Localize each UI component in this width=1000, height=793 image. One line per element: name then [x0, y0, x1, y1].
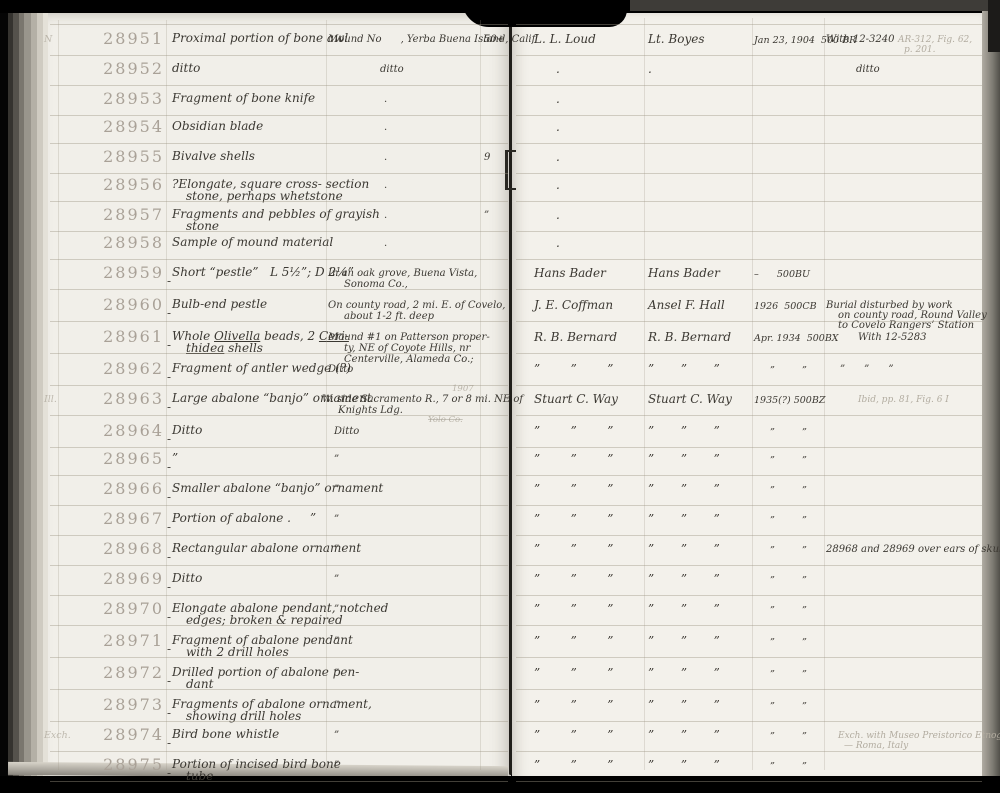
donor: Ansel F. Hall: [648, 299, 725, 311]
ruled-line: [50, 173, 508, 174]
collector: ” ” ”: [534, 425, 613, 437]
remarks: ” ” ”: [840, 365, 893, 375]
ruled-line: [516, 173, 982, 174]
description: Bird bone whistle: [172, 728, 279, 740]
date-accession-number: ” ”: [770, 761, 807, 773]
ruled-line: [50, 85, 508, 86]
number-dash: -: [167, 767, 171, 779]
locality-line: W. side Sacramento R., 7 or 8 mi. NE of: [322, 394, 523, 405]
donor: ” ” ”: [648, 513, 720, 525]
ruled-line: [50, 535, 508, 536]
ruled-line: [50, 781, 508, 782]
number-dash: -: [167, 401, 171, 413]
locality: ”: [334, 544, 339, 555]
locality: Ditto: [334, 426, 359, 437]
ruled-line: [516, 321, 982, 322]
remarks-pencil-note-line: AR-312, Fig. 62,: [898, 35, 972, 45]
locality: .: [384, 94, 387, 105]
catalog-number: 28970: [76, 599, 164, 618]
date-accession-number: ” ”: [770, 637, 807, 649]
ruled-line: [50, 55, 508, 56]
number-dash: -: [167, 643, 171, 655]
catalog-number: 28955: [76, 147, 164, 166]
donor: ” ” ”: [648, 667, 720, 679]
locality: In an oak grove, Buena Vista,Sonoma Co.,: [328, 268, 477, 290]
number-dash: -: [167, 581, 171, 593]
margin-note: N: [44, 34, 52, 46]
number-dash: -: [167, 491, 171, 503]
catalog-number: 28956: [76, 175, 164, 194]
ruled-line: [50, 415, 508, 416]
ruled-line: [50, 447, 508, 448]
locality-line: Mound #1 on Patterson proper-: [328, 332, 490, 343]
description: ”: [172, 452, 178, 464]
date-accession-number: ” ”: [770, 365, 807, 377]
ruled-line: [516, 55, 982, 56]
catalog-number: 28953: [76, 89, 164, 108]
ruled-line: [50, 289, 508, 290]
date-accession-number: 1926 500CB: [754, 301, 817, 313]
ruled-line: [516, 143, 982, 144]
description: Portion of incised bird bonetube: [172, 758, 341, 782]
ruled-line: [516, 289, 982, 290]
description: Drilled portion of abalone pen-dant: [172, 666, 359, 690]
donor: ” ” ”: [648, 729, 720, 741]
ruled-line: [516, 24, 982, 25]
ruled-line: [50, 751, 508, 752]
description: Fragments of abalone ornament,showing dr…: [172, 698, 372, 722]
description: Sample of mound material: [172, 236, 333, 248]
description: Ditto: [172, 424, 202, 436]
remarks-line: to Covelo Rangers’ Station: [826, 321, 987, 331]
ruled-line: [516, 625, 982, 626]
catalog-number: 28966: [76, 479, 164, 498]
date-accession-number: ” ”: [770, 515, 807, 527]
description: Portion of abalone . ”: [172, 512, 316, 524]
date-accession-number: Apr. 1934 500BX: [754, 333, 839, 345]
ruled-line: [516, 781, 982, 782]
collector: .: [556, 63, 560, 75]
catalog-number: 28963: [76, 389, 164, 408]
remarks-pencil-note-line: p. 201.: [898, 45, 972, 55]
scanned-ledger-photo: { "document": { "kind": "Handwritten mus…: [0, 0, 1000, 793]
column-line: [166, 20, 167, 770]
donor: ” ” ”: [648, 453, 720, 465]
donor: ” ” ”: [648, 363, 720, 375]
remarks: 28968 and 28969 over ears of skull: [826, 545, 1000, 555]
donor: ” ” ”: [648, 543, 720, 555]
collector: .: [556, 209, 560, 221]
locality: .: [384, 122, 387, 133]
ruled-line: [50, 721, 508, 722]
description: Obsidian blade: [172, 120, 263, 132]
collector: ” ” ”: [534, 483, 613, 495]
donor: ” ” ”: [648, 759, 720, 771]
ruled-line: [50, 231, 508, 232]
collector: ” ” ”: [534, 603, 613, 615]
count: ”: [484, 210, 489, 221]
locality: Ditto: [328, 364, 353, 375]
collector: L. L. Loud: [534, 33, 596, 45]
ruled-line: [50, 115, 508, 116]
description: ?Elongate, square cross- sectionstone, p…: [172, 178, 369, 202]
ruled-line: [516, 505, 982, 506]
collector: .: [556, 121, 560, 133]
date-accession-number: ” ”: [770, 455, 807, 467]
catalog-number: 28971: [76, 631, 164, 650]
collector: Stuart C. Way: [534, 393, 618, 405]
ruled-line: [516, 689, 982, 690]
collector: ” ” ”: [534, 759, 613, 771]
description: Fragments and pebbles of grayishstone: [172, 208, 380, 232]
ruled-line: [516, 535, 982, 536]
locality-line: In an oak grove, Buena Vista,: [328, 268, 477, 279]
description: Smaller abalone “banjo” ornament: [172, 482, 383, 494]
ruled-line: [50, 657, 508, 658]
donor: ” ” ”: [648, 699, 720, 711]
description: Bulb-end pestle: [172, 298, 267, 310]
ruled-line: [516, 751, 982, 752]
catalog-number: 28972: [76, 663, 164, 682]
catalog-number: 28974: [76, 725, 164, 744]
locality: .: [384, 152, 387, 163]
date-accession-number: ” ”: [770, 485, 807, 497]
locality: ”: [334, 604, 339, 615]
description: Bivalve shells: [172, 150, 255, 162]
locality: W. side Sacramento R., 7 or 8 mi. NE ofK…: [322, 394, 523, 416]
ruled-line: [516, 415, 982, 416]
description: Whole Olivella beads, 2 Ceri-thidea shel…: [172, 330, 349, 354]
locality: ”: [334, 636, 339, 647]
date-accession-number: ” ”: [770, 731, 807, 743]
number-dash: -: [167, 307, 171, 319]
catalog-number: 28964: [76, 421, 164, 440]
collector: .: [556, 93, 560, 105]
ruled-line: [50, 143, 508, 144]
locality: .: [384, 238, 387, 249]
collector: Hans Bader: [534, 267, 606, 279]
ruled-line: [516, 447, 982, 448]
number-dash: -: [167, 461, 171, 473]
count: 9: [484, 152, 490, 163]
date-accession-number: ” ”: [770, 605, 807, 617]
ruled-line: [516, 565, 982, 566]
number-dash: -: [167, 737, 171, 749]
ruled-line: [50, 353, 508, 354]
locality: Mound #1 on Patterson proper-ty, NE of C…: [328, 332, 490, 365]
ruled-line: [50, 689, 508, 690]
description: Rectangular abalone ornament: [172, 542, 361, 554]
locality: ”: [334, 514, 339, 525]
ruled-line: [50, 201, 508, 202]
collector: ” ” ”: [534, 635, 613, 647]
column-line: [326, 20, 327, 770]
ruled-line: [50, 259, 508, 260]
remarks: Burial disturbed by workon county road, …: [826, 301, 987, 331]
ruled-line: [50, 321, 508, 322]
column-line: [752, 18, 753, 770]
catalog-number: 28973: [76, 695, 164, 714]
catalog-number: 28954: [76, 117, 164, 136]
locality: ”: [334, 760, 339, 771]
locality: ditto: [380, 64, 404, 75]
number-dash: -: [167, 521, 171, 533]
description: Fragment of antler wedge (?): [172, 362, 351, 374]
ruled-line: [516, 259, 982, 260]
collector: ” ” ”: [534, 699, 613, 711]
description-segment: beads, 2: [260, 329, 319, 343]
ruled-line: [50, 505, 508, 506]
number-dash: -: [167, 371, 171, 383]
catalog-number: 28958: [76, 233, 164, 252]
locality: ”: [334, 700, 339, 711]
column-line: [644, 18, 645, 770]
catalog-number: 28969: [76, 569, 164, 588]
collector: .: [556, 151, 560, 163]
donor: R. B. Bernard: [648, 331, 731, 343]
column-line: [824, 18, 825, 770]
donor: ” ” ”: [648, 573, 720, 585]
ruled-line: [516, 115, 982, 116]
collector: ” ” ”: [534, 543, 613, 555]
catalog-number: 28968: [76, 539, 164, 558]
ruled-line: [516, 475, 982, 476]
locality: ”: [334, 574, 339, 585]
remarks-pencil-note: Exch. with Museo Preistorico Etnografico…: [838, 731, 1000, 751]
remarks-pencil-note-line: — Roma, Italy: [838, 741, 1000, 751]
column-line: [480, 20, 481, 770]
number-dash: -: [167, 675, 171, 687]
ledger-entries-layer: N28951Proximal portion of bone awlMound …: [0, 0, 1000, 793]
number-dash: -: [167, 433, 171, 445]
remarks: ditto: [856, 65, 880, 75]
donor: Lt. Boyes: [648, 33, 705, 45]
ruled-line: [50, 565, 508, 566]
date-accession-number: ” ”: [770, 427, 807, 439]
donor: Hans Bader: [648, 267, 720, 279]
description: ditto: [172, 62, 200, 74]
ruled-line: [516, 721, 982, 722]
ruled-line: [516, 231, 982, 232]
donor: Stuart C. Way: [648, 393, 732, 405]
locality: ”: [334, 730, 339, 741]
ruled-line: [516, 595, 982, 596]
remarks-pencil-note: Ibid, pp. 81, Fig. 6 I: [858, 395, 949, 405]
description: Proximal portion of bone awl: [172, 32, 348, 44]
description: Fragment of bone knife: [172, 92, 315, 104]
catalog-number: 28965: [76, 449, 164, 468]
donor: ” ” ”: [648, 483, 720, 495]
date-accession-number: ” ”: [770, 575, 807, 587]
margin-note: Ill.: [44, 394, 57, 406]
catalog-number: 28962: [76, 359, 164, 378]
donor: ” ” ”: [648, 603, 720, 615]
remarks-pencil-note-line: Exch. with Museo Preistorico Etnografico: [838, 731, 1000, 741]
donor: .: [648, 63, 652, 75]
collector: ” ” ”: [534, 513, 613, 525]
description: Ditto: [172, 572, 202, 584]
number-dash: -: [167, 275, 171, 287]
catalog-number: 28960: [76, 295, 164, 314]
donor: ” ” ”: [648, 635, 720, 647]
collector: ” ” ”: [534, 453, 613, 465]
locality: On county road, 2 mi. E. of Covelo,about…: [328, 300, 505, 322]
collector: .: [556, 237, 560, 249]
catalog-number: 28975: [76, 755, 164, 774]
date-accession-number: ” ”: [770, 545, 807, 557]
ruled-line: [516, 385, 982, 386]
ruled-line: [50, 24, 508, 25]
remarks: With 12-5283: [858, 333, 927, 343]
ruled-line: [516, 85, 982, 86]
catalog-number: 28961: [76, 327, 164, 346]
ruled-line: [50, 475, 508, 476]
collector: R. B. Bernard: [534, 331, 617, 343]
ruled-line: [516, 353, 982, 354]
remarks: With 12-3240: [826, 35, 895, 45]
locality: ”: [334, 484, 339, 495]
catalog-number: 28951: [76, 29, 164, 48]
locality: ”: [334, 668, 339, 679]
ruled-line: [516, 201, 982, 202]
number-dash: -: [167, 611, 171, 623]
collector: ” ” ”: [534, 729, 613, 741]
description: Elongate abalone pendant, notchededges; …: [172, 602, 388, 626]
catalog-number: 28957: [76, 205, 164, 224]
catalog-number: 28967: [76, 509, 164, 528]
collector: ” ” ”: [534, 363, 613, 375]
donor: ” ” ”: [648, 425, 720, 437]
ruled-line: [516, 657, 982, 658]
number-dash: -: [167, 707, 171, 719]
date-accession-number: ” ”: [770, 701, 807, 713]
collector: ” ” ”: [534, 667, 613, 679]
date-accession-number: ” ”: [770, 669, 807, 681]
date-accession-number: – 500BU: [754, 269, 810, 281]
number-dash: -: [167, 339, 171, 351]
column-line: [58, 20, 59, 770]
locality: .: [384, 180, 387, 191]
date-accession-number: 1935(?) 500BZ: [754, 395, 825, 407]
remarks-pencil-note: AR-312, Fig. 62,p. 201.: [898, 35, 972, 55]
collector: J. E. Coffman: [534, 299, 613, 311]
locality-line: On county road, 2 mi. E. of Covelo,: [328, 300, 505, 311]
catalog-number: 28959: [76, 263, 164, 282]
count: 50+: [484, 34, 505, 45]
ruled-line: [50, 385, 508, 386]
locality: ”: [334, 454, 339, 465]
ruled-line: [50, 625, 508, 626]
locality: .: [384, 210, 387, 221]
number-dash: -: [167, 551, 171, 563]
ruled-line: [50, 595, 508, 596]
collector: .: [556, 179, 560, 191]
catalog-number: 28952: [76, 59, 164, 78]
collector: ” ” ”: [534, 573, 613, 585]
